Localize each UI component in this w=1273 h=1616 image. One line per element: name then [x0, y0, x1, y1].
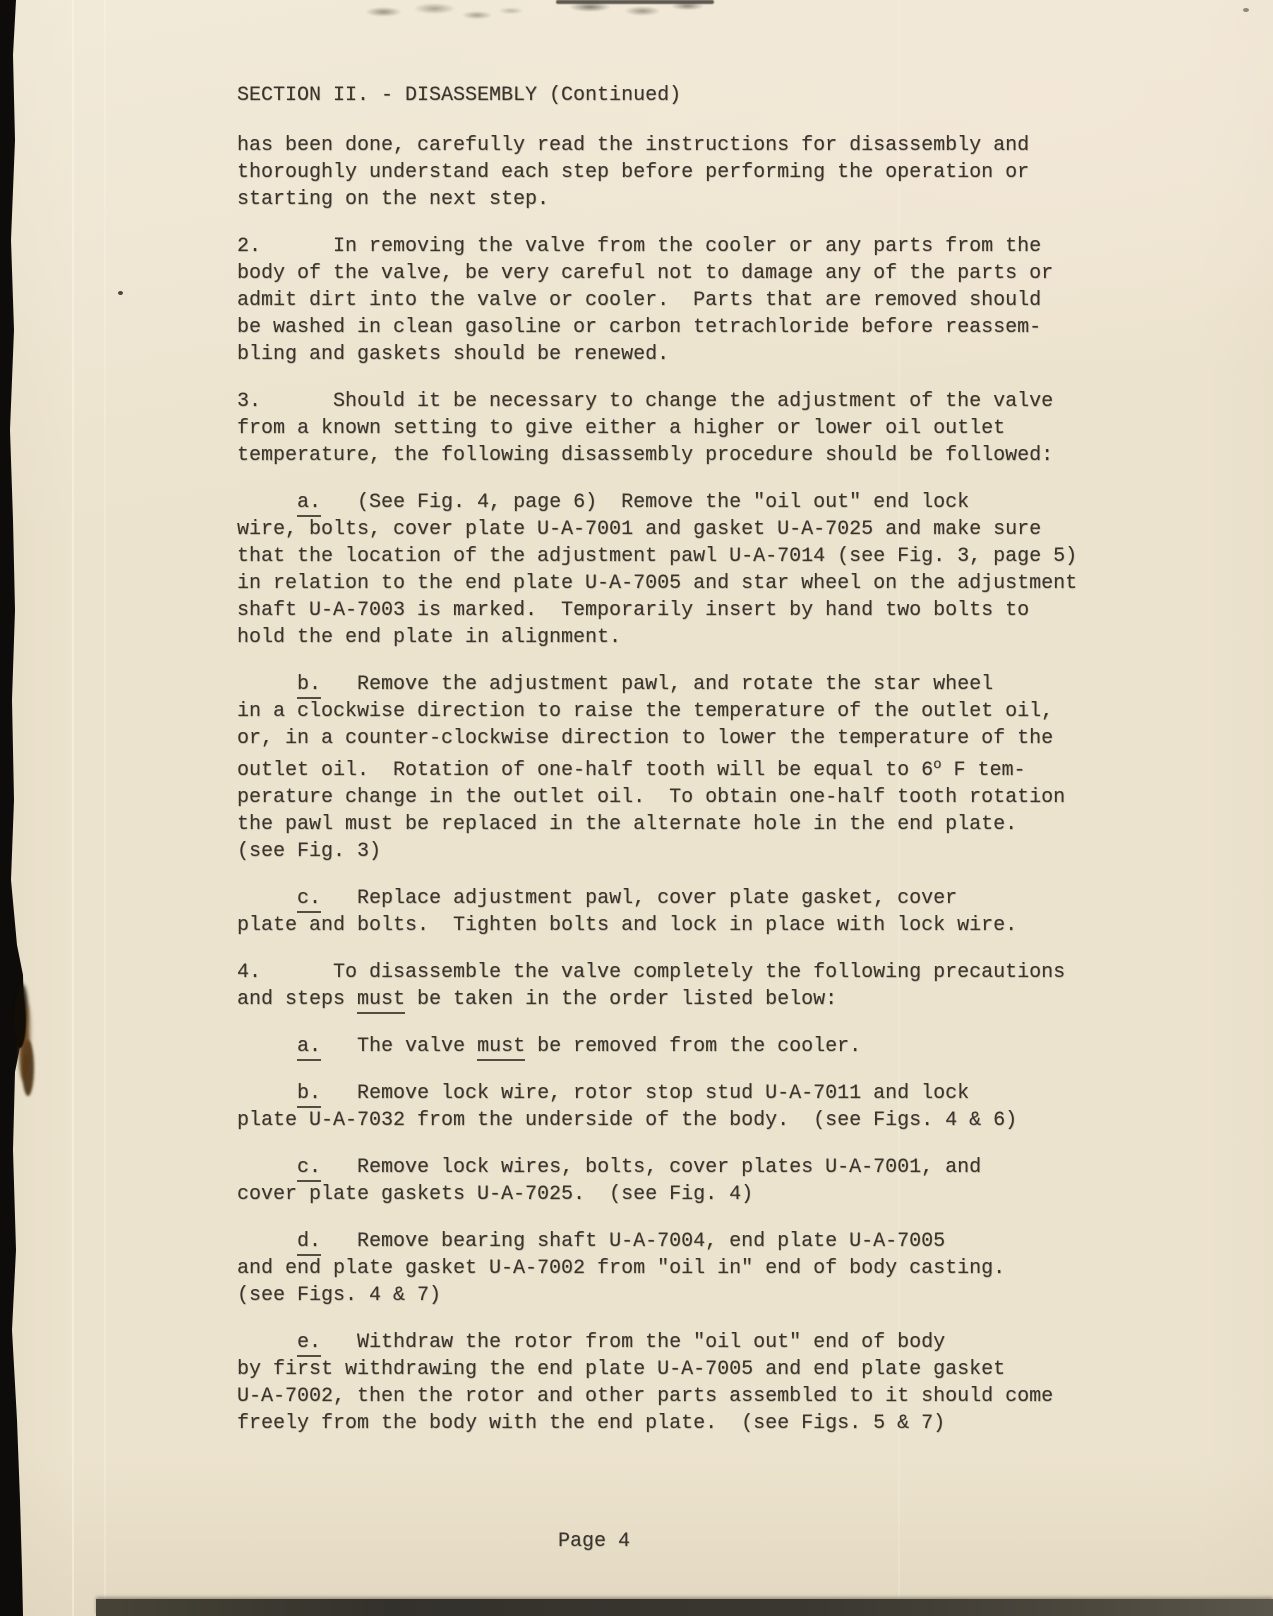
text-line: starting on the next step. [237, 186, 1077, 213]
line-text: be removed from the cooler. [525, 1035, 861, 1058]
text-line: be washed in clean gasoline or carbon te… [237, 314, 1077, 341]
text-line: e. Withdraw the rotor from the "oil out"… [237, 1329, 1077, 1356]
line-text: Withdraw the rotor from the "oil out" en… [321, 1331, 945, 1354]
text-line: plate U-A-7032 from the underside of the… [237, 1107, 1077, 1134]
text-line: shaft U-A-7003 is marked. Temporarily in… [237, 597, 1077, 624]
paragraph-3b: b. Remove the adjustment pawl, and rotat… [237, 671, 1077, 865]
indent [237, 1082, 297, 1105]
underlined-word-must: must [477, 1035, 525, 1061]
line-text: Replace adjustment pawl, cover plate gas… [321, 887, 957, 910]
text-line: and end plate gasket U-A-7002 from "oil … [237, 1255, 1077, 1282]
top-smudge-left [358, 2, 528, 24]
text-line: the pawl must be replaced in the alterna… [237, 811, 1077, 838]
paragraph-3c: c. Replace adjustment pawl, cover plate … [237, 885, 1077, 939]
indent [237, 887, 297, 910]
section-heading: SECTION II. - DISASSEMBLY (Continued) [237, 82, 1077, 109]
indent [237, 1230, 297, 1253]
text-line: bling and gaskets should be renewed. [237, 341, 1077, 368]
scan-streak [72, 0, 74, 1616]
text-line: (see Fig. 3) [237, 838, 1077, 865]
paragraph-4c: c. Remove lock wires, bolts, cover plate… [237, 1154, 1077, 1208]
text-line: c. Remove lock wires, bolts, cover plate… [237, 1154, 1077, 1181]
ink-speck [118, 291, 123, 295]
text-line: freely from the body with the end plate.… [237, 1410, 1077, 1437]
text-line: and steps must be taken in the order lis… [237, 986, 1077, 1013]
paragraph-2: 2. In removing the valve from the cooler… [237, 233, 1077, 368]
line-text: Remove lock wires, bolts, cover plates U… [321, 1156, 981, 1179]
paragraph-4e: e. Withdraw the rotor from the "oil out"… [237, 1329, 1077, 1437]
text-line: b. Remove the adjustment pawl, and rotat… [237, 671, 1077, 698]
degree-superscript: o [933, 757, 941, 773]
indent [237, 1156, 297, 1179]
scan-burn-mark [14, 992, 26, 1048]
indent [237, 491, 297, 514]
item-label-b: b. [297, 1082, 321, 1108]
line-text: (See Fig. 4, page 6) Remove the "oil out… [321, 491, 969, 514]
item-label-a: a. [297, 491, 321, 517]
paragraph-3a: a. (See Fig. 4, page 6) Remove the "oil … [237, 489, 1077, 651]
indent [237, 673, 297, 696]
paragraph-intro: has been done, carefully read the instru… [237, 132, 1077, 213]
text-column: SECTION II. - DISASSEMBLY (Continued) ha… [237, 82, 1077, 1457]
text-line: outlet oil. Rotation of one-half tooth w… [237, 752, 1077, 784]
line-text: Remove bearing shaft U-A-7004, end plate… [321, 1230, 945, 1253]
text-line: b. Remove lock wire, rotor stop stud U-A… [237, 1080, 1077, 1107]
text-line: a. (See Fig. 4, page 6) Remove the "oil … [237, 489, 1077, 516]
text-line: in a clockwise direction to raise the te… [237, 698, 1077, 725]
text-line: body of the valve, be very careful not t… [237, 260, 1077, 287]
text-line: hold the end plate in alignment. [237, 624, 1077, 651]
underlined-word-must: must [357, 988, 405, 1014]
item-label-b: b. [297, 673, 321, 699]
scanned-manual-page: SECTION II. - DISASSEMBLY (Continued) ha… [0, 0, 1273, 1616]
text-line: has been done, carefully read the instru… [237, 132, 1077, 159]
text-line: a. The valve must be removed from the co… [237, 1033, 1077, 1060]
item-label-e: e. [297, 1331, 321, 1357]
text-line: 2. In removing the valve from the cooler… [237, 233, 1077, 260]
item-label-a: a. [297, 1035, 321, 1061]
item-label-d: d. [297, 1230, 321, 1256]
line-text: Remove the adjustment pawl, and rotate t… [321, 673, 993, 696]
text-line: from a known setting to give either a hi… [237, 415, 1077, 442]
scan-left-edge [0, 0, 34, 1616]
text-line: 3. Should it be necessary to change the … [237, 388, 1077, 415]
ink-speck [1243, 8, 1249, 12]
text-line: d. Remove bearing shaft U-A-7004, end pl… [237, 1228, 1077, 1255]
text-line: plate and bolts. Tighten bolts and lock … [237, 912, 1077, 939]
scan-bottom-edge [96, 1599, 1273, 1616]
line-text: Remove lock wire, rotor stop stud U-A-70… [321, 1082, 969, 1105]
line-text: be taken in the order listed below: [405, 988, 837, 1011]
top-edge-mark [556, 0, 714, 4]
page-number: Page 4 [558, 1528, 630, 1555]
paragraph-4: 4. To disassemble the valve completely t… [237, 959, 1077, 1013]
text-line: cover plate gaskets U-A-7025. (see Fig. … [237, 1181, 1077, 1208]
line-text: The valve [321, 1035, 477, 1058]
line-text: and steps [237, 988, 357, 1011]
indent [237, 1035, 297, 1058]
text-line: in relation to the end plate U-A-7005 an… [237, 570, 1077, 597]
text-line: c. Replace adjustment pawl, cover plate … [237, 885, 1077, 912]
text-line: U-A-7002, then the rotor and other parts… [237, 1383, 1077, 1410]
text-line: temperature, the following disassembly p… [237, 442, 1077, 469]
text-line: thoroughly understand each step before p… [237, 159, 1077, 186]
text-line: 4. To disassemble the valve completely t… [237, 959, 1077, 986]
item-label-c: c. [297, 887, 321, 913]
text-line: or, in a counter-clockwise direction to … [237, 725, 1077, 752]
paragraph-4a: a. The valve must be removed from the co… [237, 1033, 1077, 1060]
paragraph-4d: d. Remove bearing shaft U-A-7004, end pl… [237, 1228, 1077, 1309]
text-line: admit dirt into the valve or cooler. Par… [237, 287, 1077, 314]
text-line: (see Figs. 4 & 7) [237, 1282, 1077, 1309]
text-line: perature change in the outlet oil. To ob… [237, 784, 1077, 811]
text-line: by first withdrawing the end plate U-A-7… [237, 1356, 1077, 1383]
indent [237, 1331, 297, 1354]
line-text: outlet oil. Rotation of one-half tooth w… [237, 759, 933, 782]
line-text: F tem- [942, 759, 1026, 782]
paragraph-4b: b. Remove lock wire, rotor stop stud U-A… [237, 1080, 1077, 1134]
paragraph-3: 3. Should it be necessary to change the … [237, 388, 1077, 469]
item-label-c: c. [297, 1156, 321, 1182]
text-line: wire, bolts, cover plate U-A-7001 and ga… [237, 516, 1077, 543]
text-line: that the location of the adjustment pawl… [237, 543, 1077, 570]
scan-streak [104, 0, 106, 1616]
